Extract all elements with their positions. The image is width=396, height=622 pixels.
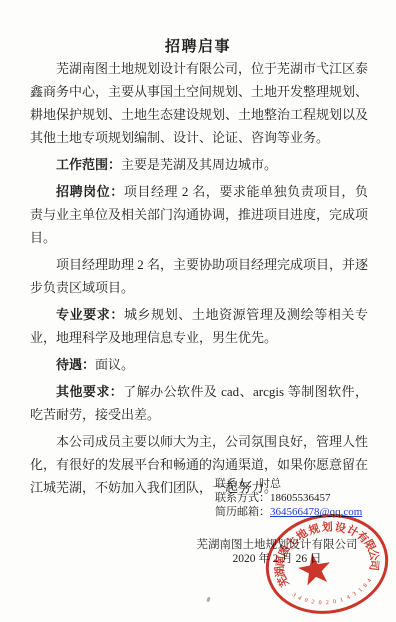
paragraph-text: 主要是芜湖及其周边城市。 <box>121 157 277 172</box>
paragraph-text: 芜湖南图土地规划设计有限公司，位于芜湖市弋江区泰鑫商务中心，主要从事国土空间规划… <box>30 61 368 145</box>
seal-number-char: 0 <box>303 598 308 605</box>
contact-person-row: 联系人：时总 <box>215 477 362 491</box>
seal-number-char: 4 <box>297 595 303 602</box>
scan-artifact <box>206 597 211 603</box>
seal-company-char: 司 <box>367 559 382 571</box>
section-label: 专业要求： <box>56 307 124 322</box>
paragraph-other-requirements: 其他要求：了解办公软件及 cad、arcgis 等制图软件，吃苦耐劳，接受出差。 <box>30 380 368 426</box>
document-body: 芜湖南图土地规划设计有限公司，位于芜湖市弋江区泰鑫商务中心，主要从事国土空间规划… <box>30 57 368 503</box>
paragraph-major-requirements: 专业要求：城乡规划、土地资源管理及测绘等相关专业，地理科学及地理信息专业，男生优… <box>30 303 368 349</box>
contact-person-value: 时总 <box>259 478 281 490</box>
seal-number-char: 0 <box>318 600 322 606</box>
seal-number-char: 3 <box>291 592 297 599</box>
seal-number-char: 0 <box>333 599 337 605</box>
paragraph-text: 面议。 <box>95 357 134 372</box>
seal-number-char: 4 <box>367 578 374 583</box>
paragraph-work-scope: 工作范围：主要是芜湖及其周边城市。 <box>30 153 368 176</box>
contact-phone-value: 18605536457 <box>270 492 331 504</box>
page-title: 招聘启事 <box>0 35 396 56</box>
section-label: 待遇： <box>56 357 95 372</box>
section-label: 其他要求： <box>56 384 123 399</box>
paragraph-assistant-position: 项目经理助理 2 名，主要协助项目经理完成项目，并逐步负责区域项目。 <box>30 253 368 299</box>
seal-number-char: 3 <box>352 591 358 598</box>
document-page: 招聘启事 芜湖南图土地规划设计有限公司，位于芜湖市弋江区泰鑫商务中心，主要从事国… <box>0 0 396 622</box>
paragraph-positions: 招聘岗位：项目经理 2 名，要求能单独负责项目，负责与业主单位及相关部门沟通协调… <box>30 180 368 249</box>
contact-phone-label: 联系方式： <box>215 492 270 504</box>
paragraph-company-intro: 芜湖南图土地规划设计有限公司，位于芜湖市弋江区泰鑫商务中心，主要从事国土空间规划… <box>30 57 368 149</box>
paragraph-salary: 待遇：面议。 <box>30 353 368 376</box>
section-label: 招聘岗位： <box>56 184 124 199</box>
seal-company-char: 划 <box>322 520 333 534</box>
seal-number-char: 2 <box>326 600 329 606</box>
seal-number-char: 2 <box>311 599 315 606</box>
paragraph-text: 项目经理助理 2 名，主要协助项目经理完成项目，并逐步负责区域项目。 <box>30 257 368 295</box>
seal-number-char: 1 <box>358 587 364 593</box>
contact-person-label: 联系人： <box>215 478 259 490</box>
contact-phone-row: 联系方式：18605536457 <box>215 491 362 505</box>
seal-number-char: 4 <box>346 594 351 601</box>
seal-number-char: 1 <box>339 597 344 604</box>
company-seal: 芜湖南图土地规划设计有限公司3402020143184 <box>256 506 396 622</box>
star-icon <box>296 551 333 587</box>
section-label: 工作范围： <box>56 157 121 172</box>
seal-number-char: 8 <box>363 583 370 589</box>
